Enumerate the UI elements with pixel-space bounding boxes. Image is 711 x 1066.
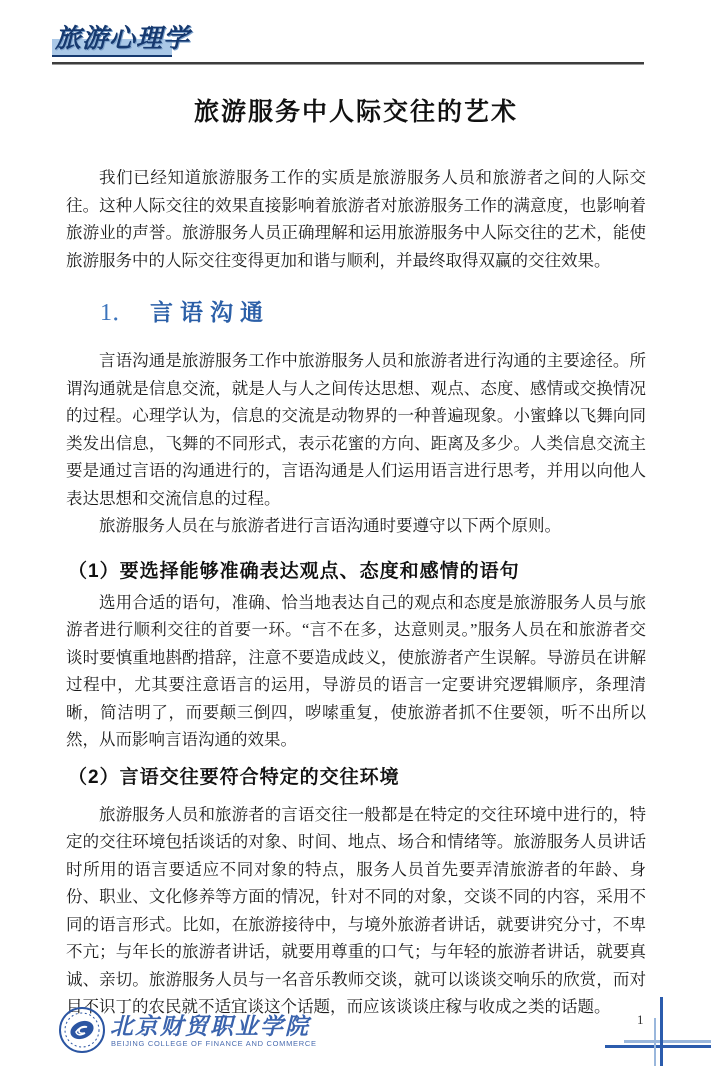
section-heading: 1．言语沟通 — [100, 292, 646, 327]
footer-deco-line-horizontal-light — [624, 1040, 711, 1043]
subheading-1: （1）要选择能够准确表达观点、态度和感情的语句 — [68, 556, 646, 583]
section-number: 1． — [100, 300, 136, 326]
header-divider — [52, 62, 644, 65]
college-seal-icon — [58, 1006, 106, 1059]
document-page: 旅游心理学 旅游服务中人际交往的艺术 我们已经知道旅游服务工作的实质是旅游服务人… — [0, 0, 711, 1066]
college-name-chinese: 北京财贸职业学院 — [110, 1008, 310, 1041]
subheading-2: （2）言语交往要符合特定的交往环境 — [68, 762, 646, 789]
college-name-english: BEIJING COLLEGE OF FINANCE AND COMMERCE — [111, 1039, 317, 1048]
book-logo-text: 旅游心理学 — [55, 18, 190, 55]
section-paragraph-2: 旅游服务人员在与旅游者进行言语沟通时要遵守以下两个原则。 — [66, 512, 646, 540]
section-title: 言语沟通 — [150, 299, 270, 325]
page-number: 1 — [637, 1012, 644, 1028]
subsection-2-paragraph: 旅游服务人员和旅游者的言语交往一般都是在特定的交往环境中进行的，特定的交往环境包… — [66, 801, 646, 1021]
subsection-1-paragraph: 选用合适的语句，准确、恰当地表达自己的观点和态度是旅游服务人员与旅游者进行顺利交… — [66, 589, 646, 754]
intro-paragraph: 我们已经知道旅游服务工作的实质是旅游服务人员和旅游者之间的人际交往。这种人际交往… — [66, 164, 646, 274]
section-paragraph-1: 言语沟通是旅游服务工作中旅游服务人员和旅游者进行沟通的主要途径。所谓沟通就是信息… — [66, 347, 646, 512]
chapter-title: 旅游服务中人际交往的艺术 — [66, 92, 646, 128]
footer-deco-line-vertical-dark — [660, 997, 663, 1066]
footer-deco-line-horizontal-dark — [605, 1045, 711, 1048]
page-content: 旅游服务中人际交往的艺术 我们已经知道旅游服务工作的实质是旅游服务人员和旅游者之… — [66, 92, 646, 1021]
footer-deco-line-vertical-light — [654, 1018, 656, 1066]
